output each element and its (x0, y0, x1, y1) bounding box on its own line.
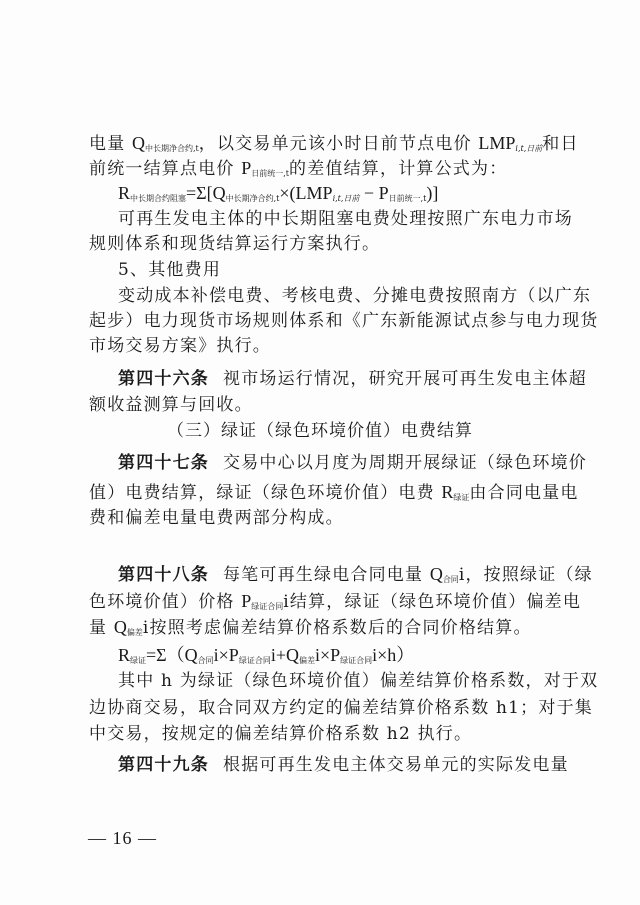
text-run: i按照考虑偏差结算价格系数后的合同价格结算。 (143, 618, 532, 638)
formula-part: i×P (214, 645, 239, 665)
subscript: 绿证合同 (251, 602, 283, 611)
article-48: 第四十八条每笔可再生绿电合同电量 Q合同i，按照绿证（绿 (118, 562, 561, 592)
text-line: 费和偏差电量电费两部分构成。 (89, 506, 561, 530)
formula-part: R (118, 645, 130, 665)
symbol-q: Q (114, 617, 127, 637)
article-number: 第四十六条 (118, 369, 209, 389)
subscript: i,t,日前 (333, 194, 360, 203)
subscript: 绿证 (130, 656, 146, 665)
subscript: 日前统一,t (389, 194, 427, 203)
article-number: 第四十八条 (118, 565, 209, 585)
text-run: 电量 (89, 134, 132, 154)
symbol-q: Q (430, 564, 443, 584)
text-run: 色环境价值）价格 (89, 592, 241, 612)
text-run: i，按照绿证（绿 (459, 565, 593, 585)
page-number: — 16 — (88, 828, 157, 849)
text-run: 根据可再生发电主体交易单元的实际发电量 (223, 755, 569, 775)
text-run: 前统一结算点电价 (89, 159, 241, 179)
subscript: 绿证合同 (340, 656, 372, 665)
text-run: 视市场运行情况，研究开展可再生发电主体超 (223, 369, 587, 389)
text-line: 市场交易方案》执行。 (89, 334, 561, 358)
text-line: 额收益测算与回收。 (89, 393, 561, 417)
symbol-lmp: LMP (478, 133, 515, 153)
subscript: 中长期净合约,t (145, 144, 199, 153)
text-run: 值）电费结算，绿证（绿色环境价值）电费 (89, 483, 441, 503)
article-number: 第四十七条 (118, 453, 209, 473)
text-run: 和日 (542, 134, 578, 154)
symbol-p: P (241, 591, 251, 611)
article-49: 第四十九条根据可再生发电主体交易单元的实际发电量 (118, 753, 561, 777)
formula-part: − P (359, 183, 388, 203)
formula-part: =Σ[Q (186, 183, 226, 203)
text-run: 交易中心以月度为周期开展绿证（绿色环境价 (223, 453, 587, 473)
formula-part: R (118, 183, 130, 203)
subscript: i,t,日前 (515, 144, 542, 153)
text-line: 变动成本补偿电费、考核电费、分摊电费按照南方（以广东 (118, 284, 561, 308)
text-line: 中交易，按规定的偏差结算价格系数 h2 执行。 (89, 722, 561, 746)
subscript: 偏差 (299, 656, 315, 665)
section-heading: （三）绿证（绿色环境价值）电费结算 (0, 419, 640, 443)
article-number: 第四十九条 (118, 755, 209, 775)
text-line: 可再生发电主体的中长期阻塞电费处理按照广东电力市场 (118, 207, 561, 231)
text-run: 的差值结算，计算公式为： (289, 159, 507, 179)
subscript: 中长期净合约,t (226, 194, 280, 203)
formula-part: )] (426, 183, 438, 203)
article-47: 第四十七条交易中心以月度为周期开展绿证（绿色环境价 (118, 451, 561, 475)
symbol-q: Q (132, 133, 145, 153)
text-run: 由合同电量电 (469, 483, 578, 503)
text-line: 边协商交易，取合同双方约定的偏差结算价格系数 h1；对于集 (89, 696, 561, 720)
formula-part: =Σ（Q (146, 645, 198, 665)
formula-part: i+Q (271, 645, 299, 665)
text-line: 起步）电力现货市场规则体系和《广东新能源试点参与电力现货 (89, 309, 561, 333)
subscript: 合同 (198, 656, 214, 665)
text-line: 量 Q偏差i按照考虑偏差结算价格系数后的合同价格结算。 (89, 615, 561, 645)
subscript: 偏差 (127, 628, 143, 637)
formula-part: ×(LMP (279, 183, 332, 203)
section-item-other-fees: 5、其他费用 (118, 258, 561, 282)
subscript: 中长期合约阻塞 (130, 194, 186, 203)
subscript: 绿证合同 (239, 656, 271, 665)
symbol-r: R (441, 482, 453, 502)
text-run: 每笔可再生绿电合同电量 (223, 565, 430, 585)
document-page: 电量 Q中长期净合约,t，以交易单元该小时日前节点电价 LMPi,t,日前和日 … (0, 0, 640, 905)
text-run: 量 (89, 618, 114, 638)
article-46: 第四十六条视市场运行情况，研究开展可再生发电主体超 (118, 367, 561, 391)
subscript: 日前统一,t (251, 169, 289, 178)
subscript: 合同 (443, 575, 459, 584)
formula-part: i×P (315, 645, 340, 665)
subscript: 绿证 (453, 493, 469, 502)
text-run: ，以交易单元该小时日前节点电价 (199, 134, 479, 154)
text-line: 其中 h 为绿证（绿色环境价值）偏差结算价格系数，对于双 (118, 669, 561, 693)
formula-part: i×h） (372, 645, 414, 665)
text-run: i结算，绿证（绿色环境价值）偏差电 (283, 592, 581, 612)
text-line: 规则体系和现货结算运行方案执行。 (89, 232, 561, 256)
symbol-p: P (241, 158, 251, 178)
